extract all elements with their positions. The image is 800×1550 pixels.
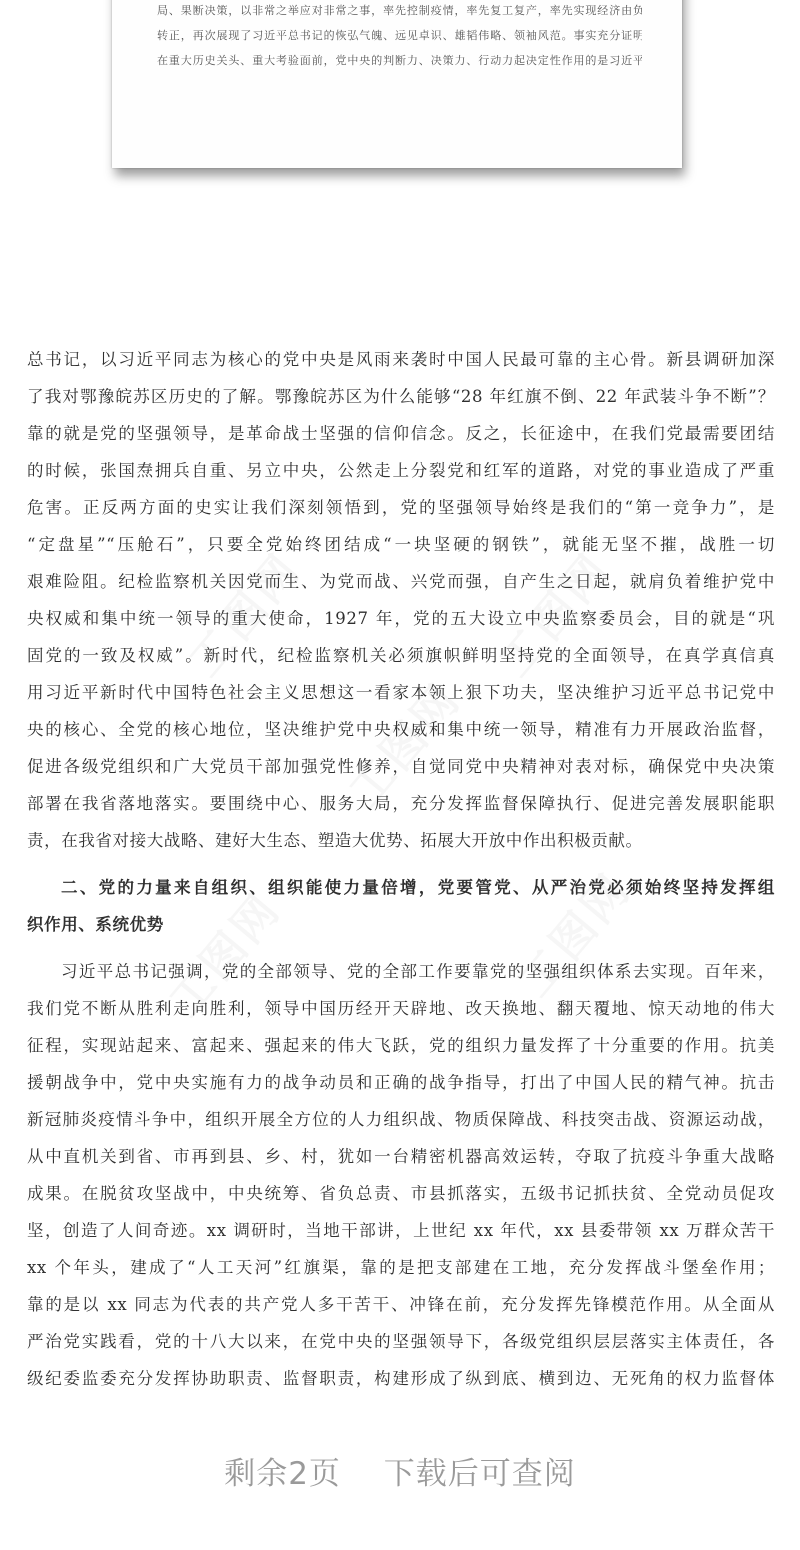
text-line: 从中直机关到省、市再到县、乡、村，犹如一台精密机器高效运转，夺取了抗疫斗争重大战… — [27, 1138, 775, 1175]
section-heading-2: 二、党的力量来自组织、组织能使力量倍增，党要管党、从严治党必须始终坚持发挥组 织… — [27, 869, 775, 943]
text-line: 靠的是以 xx 同志为代表的共产党人多干苦干、冲锋在前，充分发挥先锋模范作用。从… — [27, 1286, 775, 1323]
preview-line: 在重大历史关头、重大考验面前，党中央的判断力、决策力、行动力起决定性作用的是习近… — [157, 48, 642, 73]
text-line: xx 个年头，建成了“人工天河”红旗渠，靠的是把支部建在工地，充分发挥战斗堡垒作… — [27, 1249, 775, 1286]
remaining-pages-banner[interactable]: 剩余2页 下载后可查阅 — [0, 1448, 800, 1493]
text-line: 责，在我省对接大战略、建好大生态、塑造大优势、拓展大开放中作出积极贡献。 — [27, 822, 775, 859]
text-line: 促进各级党组织和广大党员干部加强党性修养，自觉同党中央精神对表对标，确保党中央决… — [27, 748, 775, 785]
text-line: 坚，创造了人间奇迹。xx 调研时，当地干部讲，上世纪 xx 年代，xx 县委带领… — [27, 1212, 775, 1249]
document-body: 总书记，以习近平同志为核心的党中央是风雨来袭时中国人民最可靠的主心骨。新县调研加… — [27, 341, 775, 1397]
text-line: 援朝战争中，党中央实施有力的战争动员和正确的战争指导，打出了中国人民的精气神。抗… — [27, 1064, 775, 1101]
text-line: 新冠肺炎疫情斗争中，组织开展全方位的人力组织战、物质保障战、科技突击战、资源运动… — [27, 1101, 775, 1138]
text-line: 严治党实践看，党的十八大以来，在党中央的坚强领导下，各级党组织层层落实主体责任，… — [27, 1323, 775, 1360]
text-line: 用习近平新时代中国特色社会主义思想这一看家本领上狠下功夫，坚决维护习近平总书记党… — [27, 674, 775, 711]
heading-line: 二、党的力量来自组织、组织能使力量倍增，党要管党、从严治党必须始终坚持发挥组 — [27, 869, 775, 906]
text-line: 固党的一致及权威”。新时代，纪检监察机关必须旗帜鲜明坚持党的全面领导，在真学真信… — [27, 637, 775, 674]
preview-line: 转正，再次展现了习近平总书记的恢弘气魄、远见卓识、雄韬伟略、领袖风范。事实充分证… — [157, 23, 642, 48]
text-line: 的时候，张国焘拥兵自重、另立中央，公然走上分裂党和红军的道路，对党的事业造成了严… — [27, 452, 775, 489]
text-line: 我们党不断从胜利走向胜利，领导中国历经开天辟地、改天换地、翻天覆地、惊天动地的伟… — [27, 990, 775, 1027]
paragraph-1: 总书记，以习近平同志为核心的党中央是风雨来袭时中国人民最可靠的主心骨。新县调研加… — [27, 341, 775, 859]
text-line: 央的核心、全党的核心地位，坚决维护党中央权威和集中统一领导，精准有力开展政治监督… — [27, 711, 775, 748]
text-line: “定盘星”“压舱石”，只要全党始终团结成“一块坚硬的钢铁”，就能无坚不摧，战胜一… — [27, 526, 775, 563]
heading-line: 织作用、系统优势 — [27, 906, 775, 943]
preview-card-text: 局、果断决策，以非常之举应对非常之事，率先控制疫情，率先复工复产，率先实现经济由… — [157, 0, 642, 73]
remaining-pages-label: 剩余2页 — [224, 1456, 341, 1492]
text-line: 了我对鄂豫皖苏区历史的了解。鄂豫皖苏区为什么能够“28 年红旗不倒、22 年武装… — [27, 378, 775, 415]
text-line: 总书记，以习近平同志为核心的党中央是风雨来袭时中国人民最可靠的主心骨。新县调研加… — [27, 341, 775, 378]
text-line: 艰难险阻。纪检监察机关因党而生、为党而战、兴党而强，自产生之日起，就肩负着维护党… — [27, 563, 775, 600]
preview-page-card: 局、果断决策，以非常之举应对非常之事，率先控制疫情，率先复工复产，率先实现经济由… — [112, 0, 682, 168]
text-line: 靠的就是党的坚强领导，是革命战士坚强的信仰信念。反之，长征途中，在我们党最需要团… — [27, 415, 775, 452]
download-to-view-label[interactable]: 下载后可查阅 — [384, 1456, 576, 1492]
text-line: 习近平总书记强调，党的全部领导、党的全部工作要靠党的坚强组织体系去实现。百年来， — [27, 953, 775, 990]
text-line: 征程，实现站起来、富起来、强起来的伟大飞跃，党的组织力量发挥了十分重要的作用。抗… — [27, 1027, 775, 1064]
paragraph-2: 习近平总书记强调，党的全部领导、党的全部工作要靠党的坚强组织体系去实现。百年来，… — [27, 953, 775, 1397]
preview-line: 局、果断决策，以非常之举应对非常之事，率先控制疫情，率先复工复产，率先实现经济由… — [157, 0, 642, 23]
text-line: 危害。正反两方面的史实让我们深刻领悟到，党的坚强领导始终是我们的“第一竞争力”，… — [27, 489, 775, 526]
text-line: 央权威和集中统一领导的重大使命，1927 年，党的五大设立中央监察委员会，目的就… — [27, 600, 775, 637]
text-line: 部署在我省落地落实。要围绕中心、服务大局，充分发挥监督保障执行、促进完善发展职能… — [27, 785, 775, 822]
text-line: 成果。在脱贫攻坚战中，中央统筹、省负总责、市县抓落实，五级书记抓扶贫、全党动员促… — [27, 1175, 775, 1212]
text-line: 级纪委监委充分发挥协助职责、监督职责，构建形成了纵到底、横到边、无死角的权力监督… — [27, 1360, 775, 1397]
